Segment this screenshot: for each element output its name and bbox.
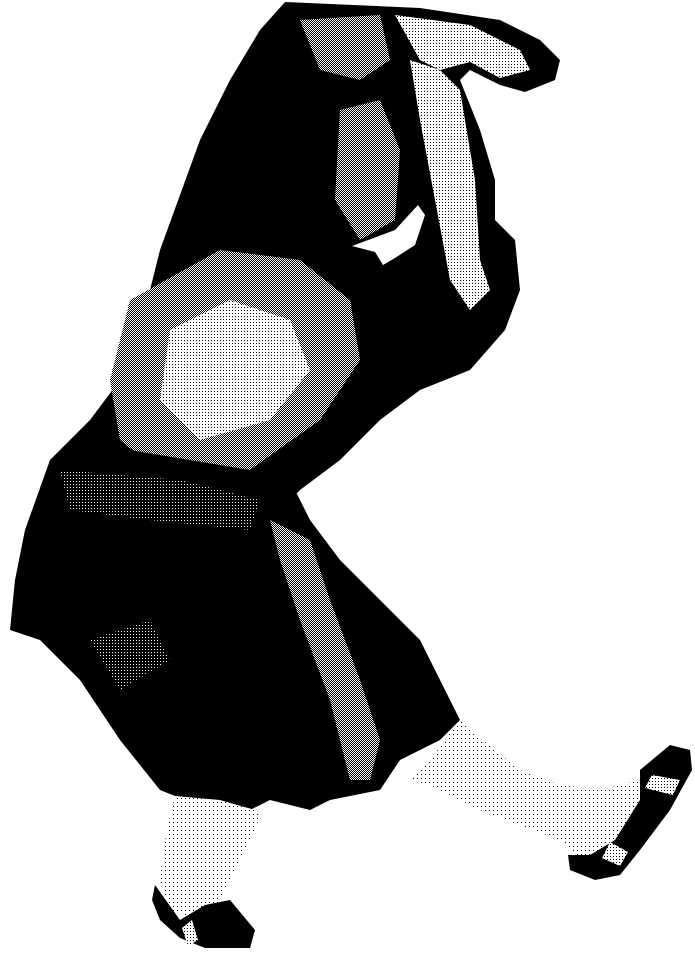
dithered-photo (0, 0, 695, 954)
kick-leg-wrap (410, 720, 650, 860)
figure (10, 2, 692, 948)
support-leg-wrap (160, 796, 262, 920)
